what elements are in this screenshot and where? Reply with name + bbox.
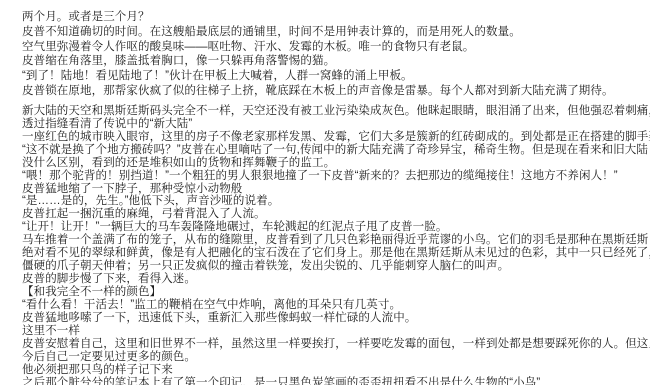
text-line: 一座红色的城市映入眼帘，这里的房子不像老家那样发黑、发霉，它们大多是簇新的红砖砌… bbox=[22, 131, 650, 144]
text-line: 皮普不知道确切的时间。在这艘船最底层的通铺里，时间不是用钟表计算的，而是用死人的… bbox=[22, 25, 650, 40]
text-line: 【和我完全不一样的颜色】 bbox=[22, 286, 650, 299]
text-line: 皮普猛地缩了一下脖子，那种受惊小动物般 bbox=[22, 183, 650, 196]
text-line: “到了！陆地！看见陆地了！”伙计在甲板上大喊着，人群一窝蜂的涌上甲板。 bbox=[22, 69, 650, 84]
text-line: 新大陆的天空和黑斯廷斯码头完全不一样，天空还没有被工业污染染成灰色。他眯起眼睛，… bbox=[22, 105, 650, 118]
text-line: 僵硬的爪子朝天伸着；另一只正发疯似的撞击着铁笼，发出尖锐的、几乎能刺穿人脑仁的叫… bbox=[22, 260, 650, 273]
text-line: 皮普安慰着自己，这里和旧世界不一样，虽然这里一样要挨打，一样要吃发霉的面包，一样… bbox=[22, 338, 650, 351]
text-line: “让开！让开！”一辆巨大的马车轰隆隆地碾过，车轮溅起的红泥点子甩了皮普一脸。 bbox=[22, 221, 650, 234]
text-line: “这不就是换了个地方搬砖吗？”皮普在心里嘀咕了一句,传闻中的新大陆充满了奇珍异宝… bbox=[22, 144, 650, 157]
text-line: 空气里弥漫着令人作呕的酸臭味——呕吐物、汗水、发霉的木板。唯一的食物只有老鼠。 bbox=[22, 40, 650, 55]
text-line: “喂！那个驼背的！别挡道！”一个粗狂的男人狠狠地撞了一下皮普“新来的？去把那边的… bbox=[22, 170, 650, 183]
reader-page: 两个月。或者是三个月？ 皮普不知道确切的时间。在这艘船最底层的通铺里，时间不是用… bbox=[0, 0, 650, 385]
text-line: 马车推着一个盖满了布的笼子，从布的缝隙里，皮普看到了几只色彩艳丽得近乎荒谬的小鸟… bbox=[22, 234, 650, 247]
text-line: 这里不一样 bbox=[22, 325, 650, 338]
text-line: 今后自己一定要见过更多的颜色。 bbox=[22, 351, 650, 364]
text-line: 皮普的脚步慢了下来，看得入迷。 bbox=[22, 273, 650, 286]
text-line: 没什么区别，看到的还是堆积如山的货物和挥舞鞭子的监工。 bbox=[22, 157, 650, 170]
text-line: 透过指缝看清了传说中的“新大陆” bbox=[22, 118, 650, 131]
text-line: 皮普扛起一捆沉重的麻绳，弓着背混入了人流。 bbox=[22, 208, 650, 221]
text-line: “看什么看！干活去！”监工的鞭梢在空气中炸响，离他的耳朵只有几英寸。 bbox=[22, 299, 650, 312]
text-line: 两个月。或者是三个月？ bbox=[22, 10, 650, 25]
paragraph-block-1: 两个月。或者是三个月？ 皮普不知道确切的时间。在这艘船最底层的通铺里，时间不是用… bbox=[22, 10, 650, 99]
text-line: 他必须把那只鸟的样子记下来 bbox=[22, 364, 650, 377]
text-line: 皮普缩在角落里，膝盖抵着胸口，像一只躲再角落警惕的猫。 bbox=[22, 54, 650, 69]
text-line: 之后那个脏兮兮的笔记本上有了第一个印记，是一只黑色炭笔画的歪歪扭扭看不出是什么生… bbox=[22, 377, 650, 385]
text-line: 绝对看不见的翠绿和鲜黄，像是有人把融化的宝石泼在了它们身上。那是他在黑斯廷斯从未… bbox=[22, 247, 650, 260]
text-line: 皮普猛地哆嗦了一下，迅速低下头，重新汇入那些像蚂蚁一样忙碌的人流中。 bbox=[22, 312, 650, 325]
paragraph-block-2: 新大陆的天空和黑斯廷斯码头完全不一样，天空还没有被工业污染染成灰色。他眯起眼睛，… bbox=[22, 105, 650, 385]
text-line: “是……是的，先生。”他低下头，声音沙哑的说着。 bbox=[22, 195, 650, 208]
text-line: 皮普锁在原地，那帮家伙疯了似的往梯子上挤，靴底踩在木板上的声音像是雷暴。每个人都… bbox=[22, 84, 650, 99]
